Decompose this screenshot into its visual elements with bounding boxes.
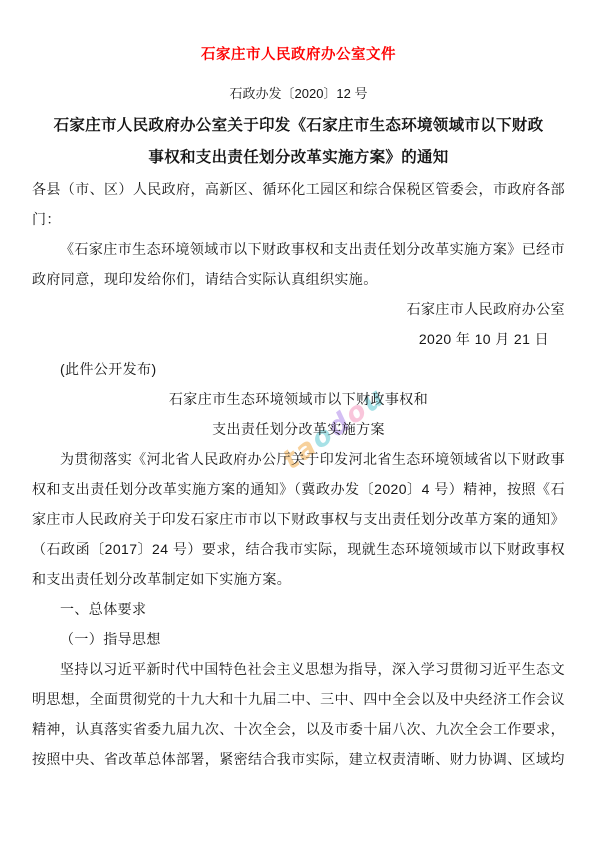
document-number: 石政办发〔2020〕12 号 [32, 84, 565, 103]
guiding-ideology-paragraph: 坚持以习近平新时代中国特色社会主义思想为指导，深入学习贯彻习近平生态文明思想，全… [32, 654, 565, 774]
issue-date: 2020 年 10 月 21 日 [32, 324, 565, 354]
section-heading-1: 一、总体要求 [32, 594, 565, 624]
document-content: 石家庄市人民政府办公室文件 石政办发〔2020〕12 号 石家庄市人民政府办公室… [0, 0, 595, 774]
document-page: taodou 石家庄市人民政府办公室文件 石政办发〔2020〕12 号 石家庄市… [0, 0, 595, 841]
red-letterhead-title: 石家庄市人民政府办公室文件 [32, 46, 565, 65]
document-body: 各县（市、区）人民政府，高新区、循环化工园区和综合保税区管委会，市政府各部门： … [32, 174, 565, 774]
plan-title-line1: 石家庄市生态环境领域市以下财政事权和 [32, 384, 565, 414]
document-title-line2: 事权和支出责任划分改革实施方案》的通知 [32, 142, 565, 174]
subsection-heading-1-1: （一）指导思想 [32, 624, 565, 654]
document-title-line1: 石家庄市人民政府办公室关于印发《石家庄市生态环境领域市以下财政 [32, 110, 565, 142]
intro-paragraph: 为贯彻落实《河北省人民政府办公厅关于印发河北省生态环境领域省以下财政事权和支出责… [32, 444, 565, 594]
document-title: 石家庄市人民政府办公室关于印发《石家庄市生态环境领域市以下财政 事权和支出责任划… [32, 110, 565, 174]
issuer-signature: 石家庄市人民政府办公室 [32, 294, 565, 324]
forward-note-paragraph: 《石家庄市生态环境领域市以下财政事权和支出责任划分改革实施方案》已经市政府同意，… [32, 234, 565, 294]
plan-title-line2: 支出责任划分改革实施方案 [32, 414, 565, 444]
recipients-paragraph: 各县（市、区）人民政府，高新区、循环化工园区和综合保税区管委会，市政府各部门： [32, 174, 565, 234]
public-release-note: (此件公开发布) [32, 354, 565, 384]
